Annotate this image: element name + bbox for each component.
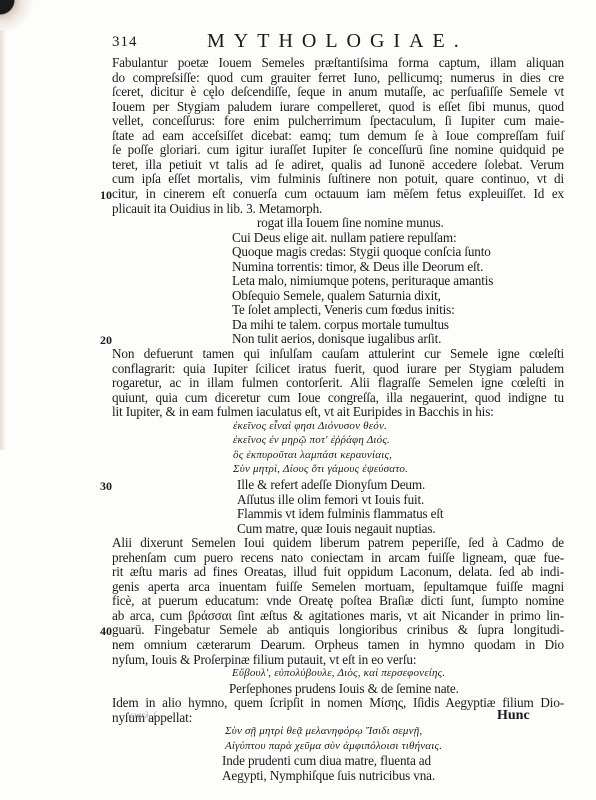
text-line: Aegypti, Nymphiſque ſuis nutricibus vna. <box>222 768 435 783</box>
text-line: ἐκεῖνος ἐν μηρῷ ποτ' ἐῤῥάφη Διός. <box>233 433 390 448</box>
text-line: ab arca, cum βράσσαι ſint æſtus & agitat… <box>112 608 564 623</box>
text-line: Iouem per Stygiam paludem iurare compell… <box>112 99 564 114</box>
text-line: Te ſolet amplecti, Veneris cum fœdus ini… <box>232 302 455 317</box>
catchword: Hunc <box>497 708 530 724</box>
text-line: Perſephones prudens Iouis & de ſemine na… <box>229 681 459 696</box>
text-line: Cui Deus elige ait. nullam patiere repul… <box>232 230 456 245</box>
text-line: Non tulit aerios, donisque iugalibus arſ… <box>232 331 441 346</box>
text-line: quiunt, quia cum diceretur cum Ioue cong… <box>112 390 564 405</box>
running-title: MYTHOLOGIAE. <box>207 30 468 53</box>
text-line: Alii dixerunt Semelen Ioui quidem liberu… <box>112 535 564 550</box>
margin-line-number: 20 <box>100 333 112 348</box>
margin-line-number: 30 <box>100 479 112 494</box>
text-line: Leta malo, nimiumque potens, perituraque… <box>232 273 493 288</box>
text-line: Fabulantur poetæ Iouem Semeles præſtanti… <box>112 55 564 70</box>
text-line: rogaretur, ac in illam fulmen contorſeri… <box>112 375 564 390</box>
text-line: nem omnium cæterarum Dearum. Orpheus tam… <box>112 637 564 652</box>
text-line: Σὺν σῇ μητρὶ θεᾷ μελανηφόρῳ Ἴσιδι σεμνῇ, <box>225 724 422 739</box>
text-line: prehenſam cum puero recens nato coniecta… <box>112 550 564 565</box>
text-line: Aſſutus ille olim femori vt Iouis fuit. <box>237 492 424 507</box>
text-line: do compreſsiſſe: quod cum grauiter ferre… <box>112 70 564 85</box>
text-line: Ille & refert adeſſe Dionyſum Deum. <box>237 477 425 492</box>
text-line: plicauit ita Ouidius in lib. 3. Metamorp… <box>112 201 322 216</box>
text-line: genis aperta arca inuentam fuiſſe Semele… <box>112 579 564 594</box>
text-line: rogat illa Iouem ſine nomine munus. <box>257 215 444 230</box>
text-line: Εὔβουλ', εὐπολύβουλε, Διὸς, καὶ περσεφον… <box>232 666 445 681</box>
text-line: Αἰγύπτου παρὰ χεῦμα σὺν ἀμφιπόλοισι τιθή… <box>225 739 442 754</box>
text-line: cum ipſa eſſet mortalis, vim fulminis ſu… <box>112 171 564 186</box>
text-line: Obſequio Semele, qualem Saturnia dixit, <box>232 288 441 303</box>
text-line: conflagrarit: quia Iupiter ſcilicet irat… <box>112 361 564 376</box>
text-line: Numina torrentis: timor, & Deus ille Deo… <box>232 259 483 274</box>
text-line: rit æſtu maris ad fines Oreatas, illud f… <box>112 564 564 579</box>
page-number: 314 <box>112 34 138 51</box>
text-line: Inde prudenti cum diua matre, fluenta ad <box>222 753 431 768</box>
text-line: lit Iupiter, & in eam fulmen iaculatus e… <box>112 404 494 419</box>
text-line: nyſum, Iouis & Proſerpinæ filium putauit… <box>112 652 416 667</box>
text-line: Non defuerunt tamen qui inſulſam cauſam … <box>112 346 564 361</box>
margin-line-number: 10 <box>100 188 112 203</box>
text-line: ſceret, dicitur è cęlo deſcendiſſe, ſequ… <box>112 84 564 99</box>
text-line: ἐκεῖνος εἶναί φησι Διόνυσον θεόν. <box>233 419 387 434</box>
text-line: teret, illa petiuit vt talis ad ſe adire… <box>112 157 564 172</box>
text-line: Cum matre, quæ Iouis negauit nuptias. <box>237 521 435 536</box>
page-header: 314 MYTHOLOGIAE. <box>112 30 572 52</box>
text-line: Σὺν μητρὶ, Δίους ὅτι γάμους ἐψεύσατο. <box>233 462 408 477</box>
text-line: ſtate ad eam acceſsiſſet dicebat: eamq; … <box>112 128 564 143</box>
ink-smudge: ωφελ. ſ <box>130 710 156 720</box>
text-line: Da mihi te talem. corpus mortale tumultu… <box>232 317 449 332</box>
text-line: ὃς ἐκπυροῦται λαμπάσι κεραυνίαις, <box>233 448 392 463</box>
text-line: Quoque magis credas: Stygii quoque conſc… <box>232 244 491 259</box>
text-line: Flammis vt idem fulminis flammatus eſt <box>237 506 443 521</box>
margin-line-number: 40 <box>100 624 112 639</box>
text-line: guarū. Fingebatur Semele ab antiquis lon… <box>112 622 564 637</box>
text-line: vellet, conceſſurus: fore enim pulcherri… <box>112 113 564 128</box>
text-line: citur, in cinerem eſt conuerſa cum octau… <box>112 186 564 201</box>
page-edge-shadow <box>0 30 6 450</box>
text-line: ſe poſſe gloriari. cum igitur iuraſſet I… <box>112 142 564 157</box>
text-line: ficè, at puerum educatum: vnde Oreatę po… <box>112 593 564 608</box>
